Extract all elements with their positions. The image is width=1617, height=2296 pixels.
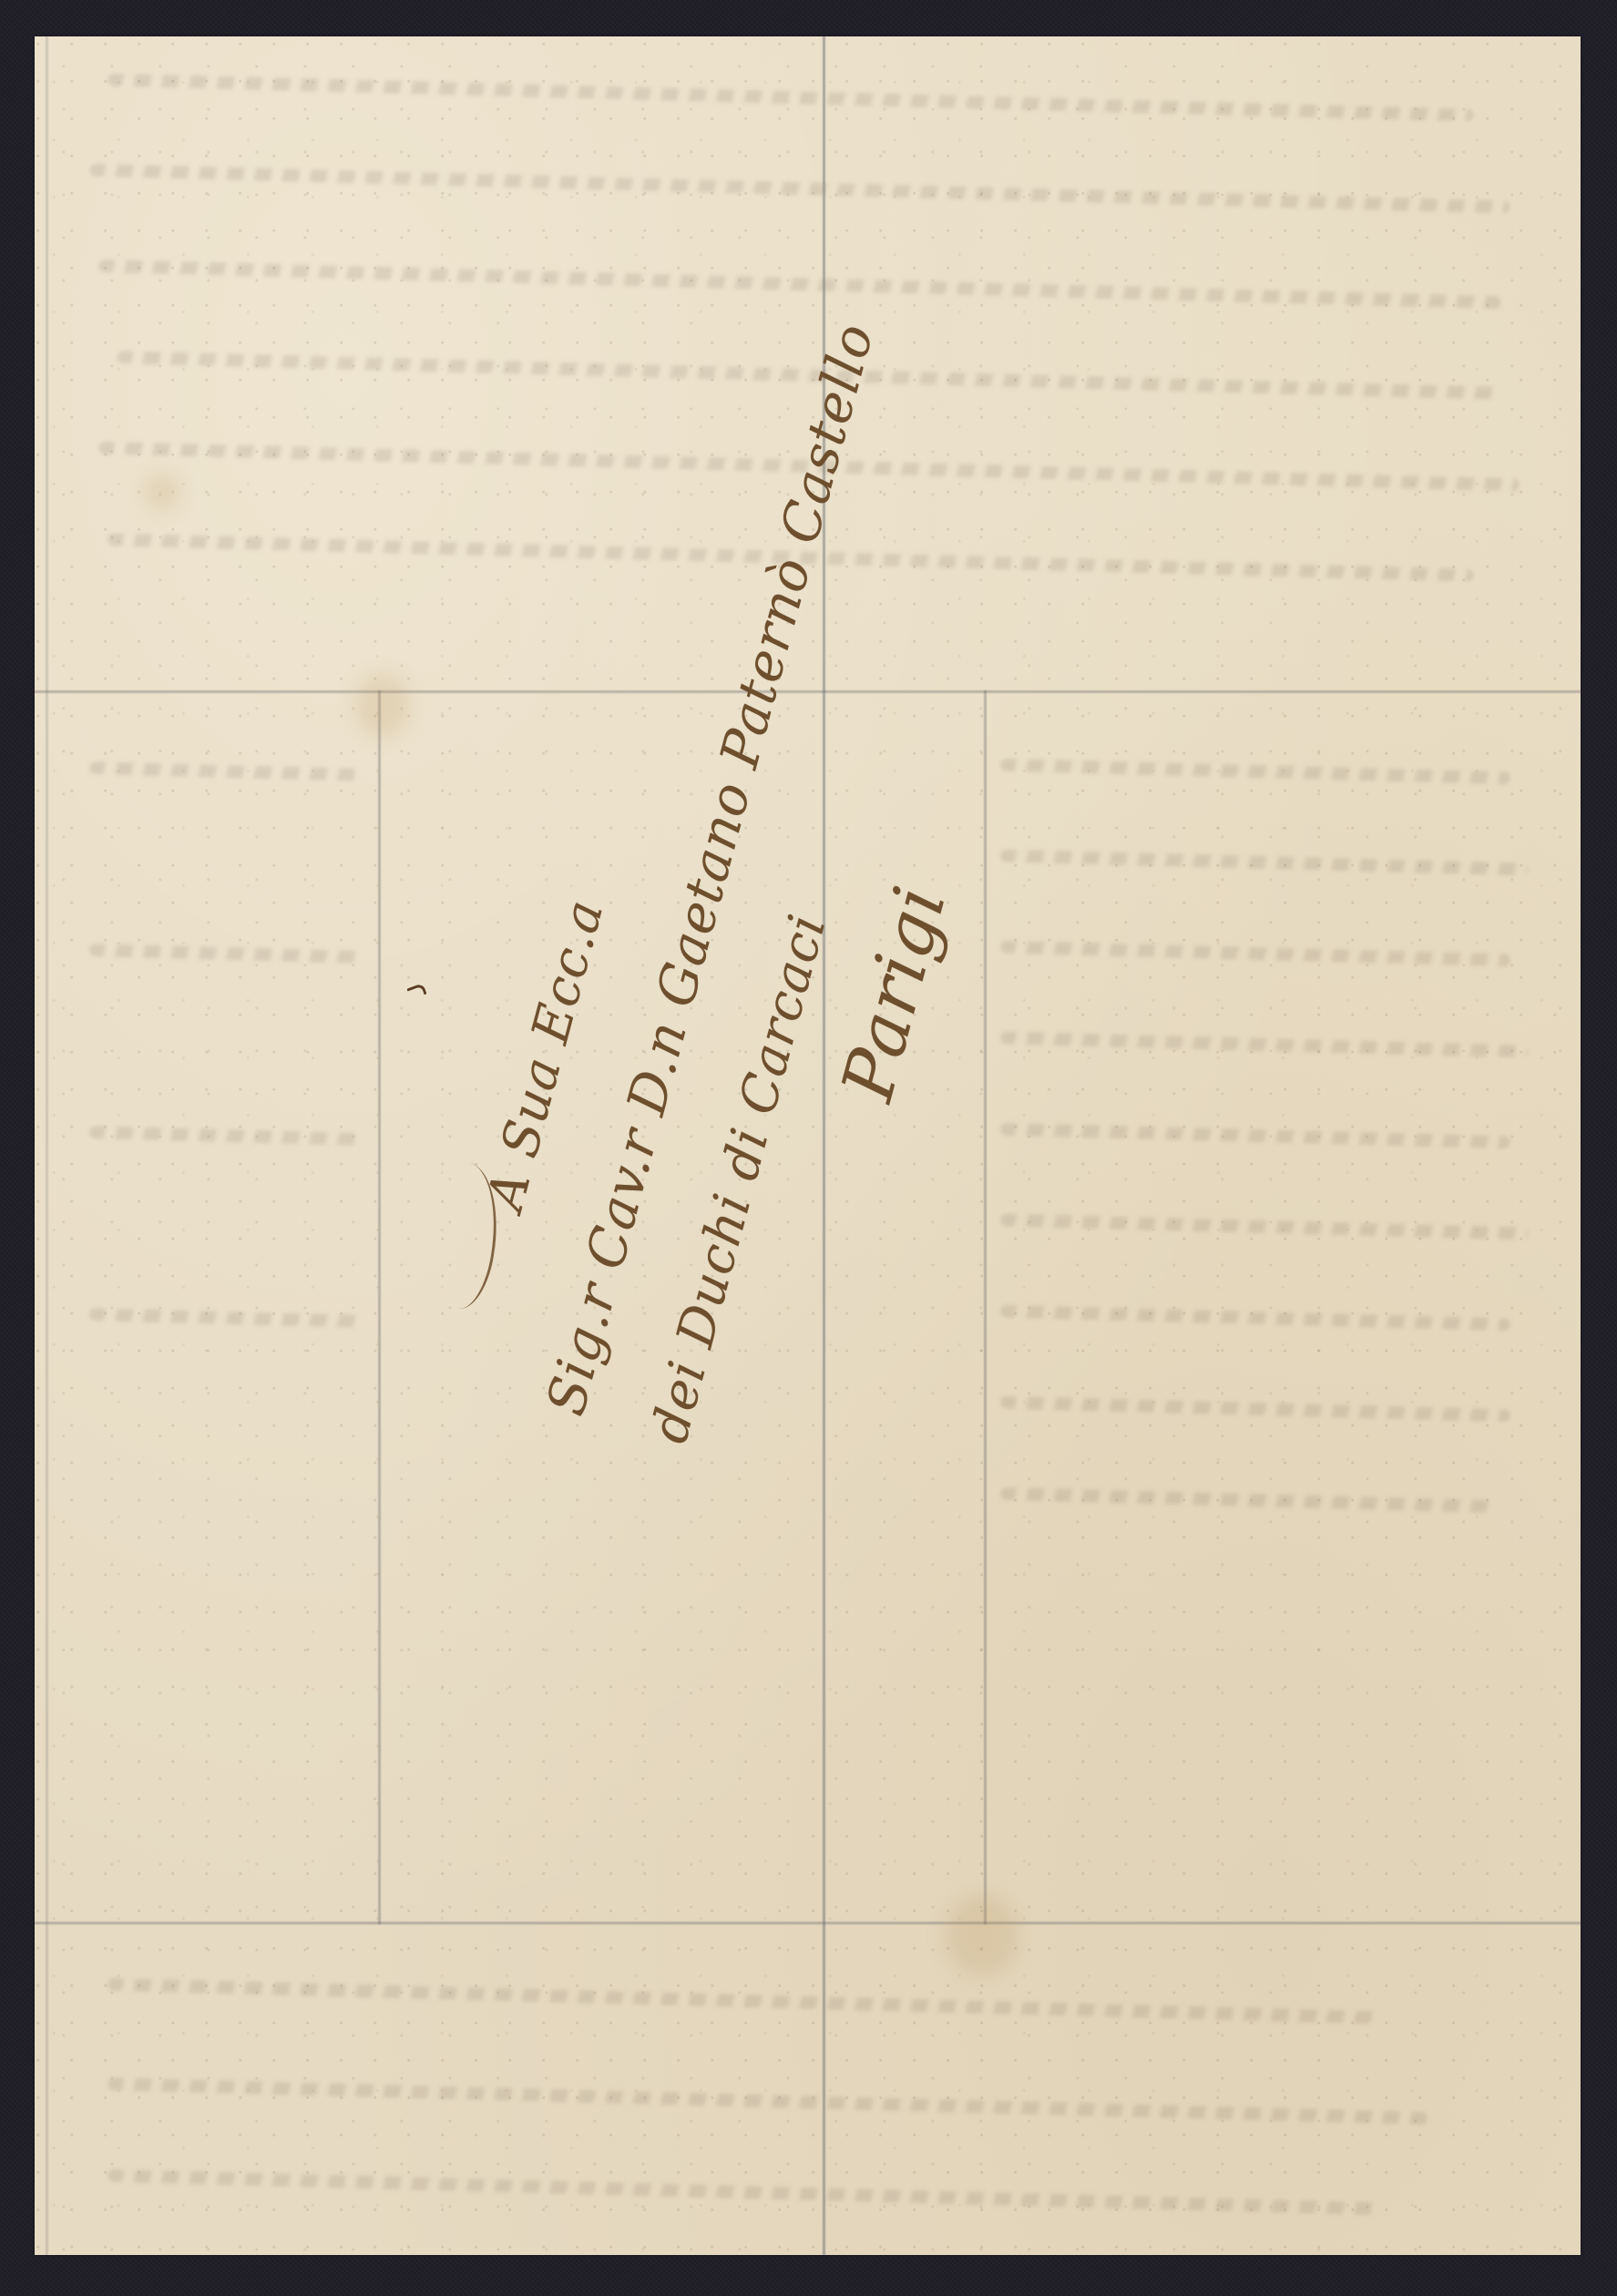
ink-mark <box>406 983 426 1000</box>
foxing-stain <box>355 674 410 738</box>
address-destination: Parigi <box>827 878 963 1109</box>
foxing-stain <box>144 474 180 510</box>
foxing-stain <box>946 1894 1018 1976</box>
fold-line-horizontal-bottom <box>35 1922 1581 1924</box>
fold-line-vertical-left <box>378 690 381 1924</box>
